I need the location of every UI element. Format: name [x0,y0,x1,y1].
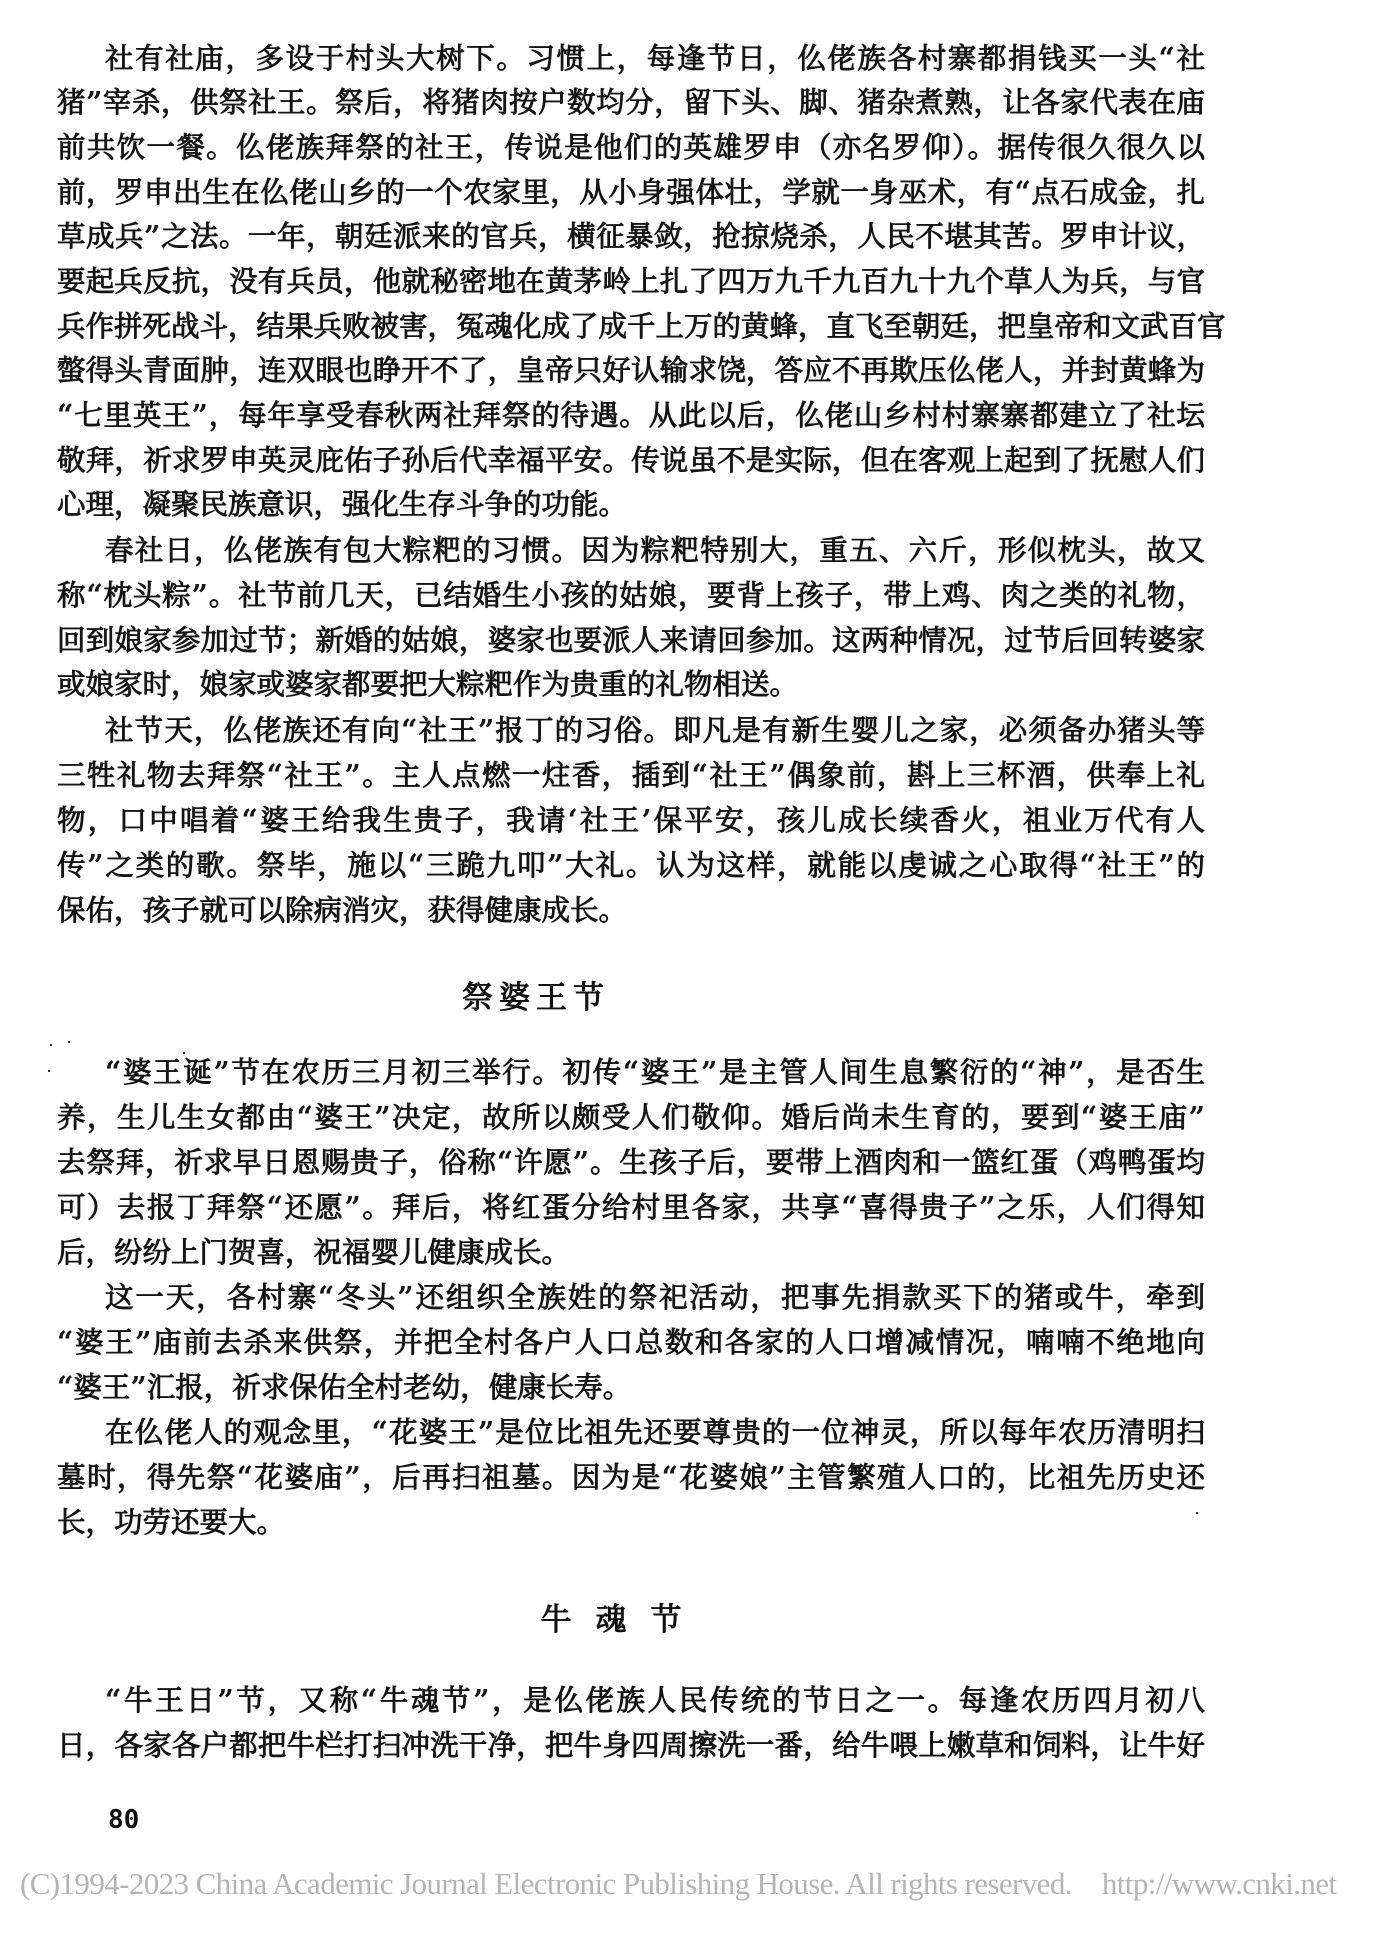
scan-artifact [50,1044,52,1046]
text-line: 长，功劳还要大。 [57,1502,1205,1542]
text-line: 春社日，仫佬族有包大粽粑的习惯。因为粽粑特别大，重五、六斤，形似枕头，故又 [105,530,1205,570]
text-line: 称“枕头粽”。社节前几天，已结婚生小孩的姑娘，要背上孩子，带上鸡、肉之类的礼物， [57,575,1205,615]
text-line: 这一天，各村寨“冬头”还组织全族姓的祭祀活动，把事先捐款买下的猪或牛，牵到 [105,1277,1205,1317]
text-line: 墓时，得先祭“花婆庙”，后再扫祖墓。因为是“花婆娘”主管繁殖人口的，比祖先历史还 [57,1457,1205,1497]
text-line: 社节天，仫佬族还有向“社王”报丁的习俗。即凡是有新生婴儿之家，必须备办猪头等 [105,710,1205,750]
text-line: 物，口中唱着“婆王给我生贵子，我请‘社王’保平安，孩儿成长续香火，祖业万代有人 [57,800,1205,840]
text-line: 养，生儿生女都由“婆王”决定，故所以颇受人们敬仰。婚后尚未生育的，要到“婆王庙” [57,1097,1205,1137]
text-line: 去祭拜，祈求早日恩赐贵子，俗称“许愿”。生孩子后，要带上酒肉和一篮红蛋（鸡鸭蛋均 [57,1142,1205,1182]
text-line: 敬拜，祈求罗申英灵庇佑子孙后代幸福平安。传说虽不是实际，但在客观上起到了抚慰人们 [57,440,1205,480]
text-line: 保佑，孩子就可以除病消灾，获得健康成长。 [57,890,1205,930]
footer-url: http://www.cnki.net [1102,1866,1337,1901]
text-line: “婆王诞”节在农历三月初三举行。初传“婆王”是主管人间生息繁衍的“神”，是否生 [105,1052,1205,1092]
copyright-footer: (C)1994-2023 China Academic Journal Elec… [20,1866,1336,1902]
scan-artifact [68,1041,70,1043]
text-line: “七里英王”，每年享受春秋两社拜祭的待遇。从此以后，仫佬山乡村村寨寨都建立了社坛 [57,395,1205,435]
copyright-text: (C)1994-2023 China Academic Journal Elec… [20,1866,1072,1901]
section-heading: 祭婆王节 [0,978,1223,1018]
text-line: 前，罗申出生在仫佬山乡的一个农家里，从小身强体壮，学就一身巫术，有“点石成金，扎 [57,172,1205,212]
text-line: “婆王”庙前去杀来供祭，并把全村各户人口总数和各家的人口增减情况，喃喃不绝地向 [57,1322,1205,1362]
text-line: 或娘家时，娘家或婆家都要把大粽粑作为贵重的礼物相送。 [57,664,1205,704]
text-line: 日，各家各户都把牛栏打扫冲洗干净，把牛身四周擦洗一番，给牛喂上嫩草和饲料，让牛好 [57,1725,1205,1765]
text-line: 在仫佬人的观念里，“花婆王”是位比祖先还要尊贵的一位神灵，所以每年农历清明扫 [105,1412,1205,1452]
document-page: 社有社庙，多设于村头大树下。习惯上，每逢节日，仫佬族各村寨都捐钱买一头“社 猪”… [0,0,1374,1953]
text-line: “婆王”汇报，祈求保佑全村老幼，健康长寿。 [57,1367,1205,1407]
text-line: 兵作拼死战斗，结果兵败被害，冤魂化成了成千上万的黄蜂，直飞至朝廷，把皇帝和文武百… [57,306,1205,346]
section-heading: 牛魂节 [0,1600,1310,1640]
text-line: 社有社庙，多设于村头大树下。习惯上，每逢节日，仫佬族各村寨都捐钱买一头“社 [105,38,1205,78]
text-line: 三牲礼物去拜祭“社王”。主人点燃一炷香，插到“社王”偶象前，斟上三杯酒，供奉上礼 [57,755,1205,795]
text-line: 螫得头青面肿，连双眼也睁开不了，皇帝只好认输求饶，答应不再欺压仫佬人，并封黄蜂为 [57,350,1205,390]
text-line: 要起兵反抗，没有兵员，他就秘密地在黄茅岭上扎了四万九千九百九十九个草人为兵，与官 [57,261,1205,301]
text-line: 草成兵”之法。一年，朝廷派来的官兵，横征暴敛，抢掠烧杀，人民不堪其苦。罗申计议， [57,216,1205,256]
text-line: 后，纷纷上门贺喜，祝福婴儿健康成长。 [57,1232,1205,1272]
text-line: 可）去报丁拜祭“还愿”。拜后，将红蛋分给村里各家，共享“喜得贵子”之乐，人们得知 [57,1187,1205,1227]
text-line: 前共饮一餐。仫佬族拜祭的社王，传说是他们的英雄罗申（亦名罗仰）。据传很久很久以 [57,127,1205,167]
text-line: 猪”宰杀，供祭社王。祭后，将猪肉按户数均分，留下头、脚、猪杂煮熟，让各家代表在庙 [57,82,1205,122]
page-number: 80 [108,1805,139,1835]
text-line: 回到娘家参加过节；新婚的姑娘，婆家也要派人来请回参加。这两种情况，过节后回转婆家 [57,620,1205,660]
text-line: “牛王日”节，又称“牛魂节”，是仫佬族人民传统的节日之一。每逢农历四月初八 [105,1680,1205,1720]
text-line: 传”之类的歌。祭毕，施以“三跪九叩”大礼。认为这样，就能以虔诚之心取得“社王”的 [57,845,1205,885]
scan-artifact [1196,1512,1198,1514]
scan-artifact [48,1070,50,1072]
text-line: 心理，凝聚民族意识，强化生存斗争的功能。 [57,484,1205,524]
